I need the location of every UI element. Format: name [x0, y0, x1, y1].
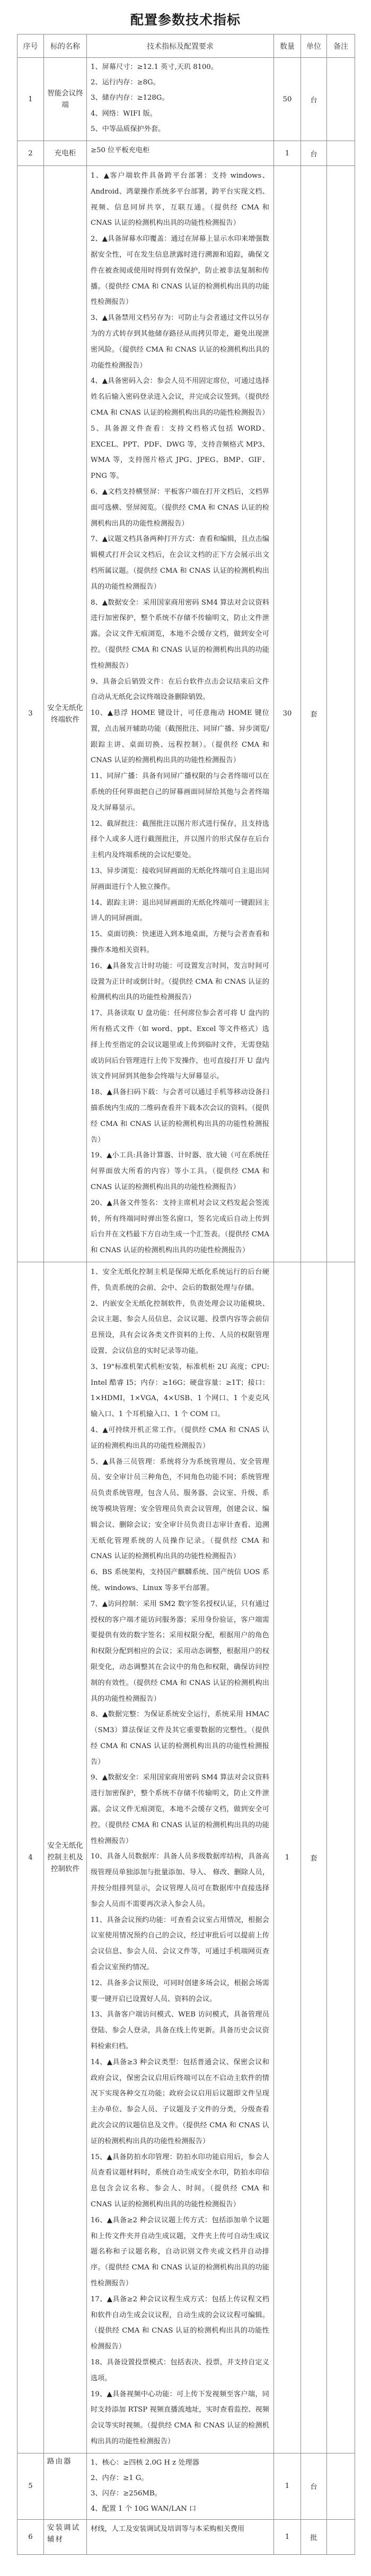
cell-no: 6	[17, 2519, 44, 2554]
cell-no: 1	[17, 58, 44, 141]
spec-item: 3、19"标准机架式机柜安装，标准机柜 2U 高度；CPU: Intel 酷睿 …	[91, 1359, 269, 1422]
spec-item: 13、具备客户端访问模式、WEB 访问模式，具备管理员登陆、参会人登录，具备在线…	[91, 2007, 269, 2054]
spec-item: 10、具备人员数据库：具备人员多级数据库结构，具备高级管理员单独添加与批量添加、…	[91, 1849, 269, 1912]
spec-item: ≥50 位平板充电柜	[91, 143, 269, 158]
spec-item: 4、▲可持续开机正常工作。（提供经 CMA 和 CNAS 认证的检测机构出具的功…	[91, 1422, 269, 1454]
spec-item: 17、具备读取 U 盘功能：任何席位参会者可将 U 盘内的所有格式文件（如 wo…	[91, 1006, 269, 1085]
spec-item: 5、▲具备三员管理：系统将分为系统管理员、安全管理员、安全审计员三种角色，不同角…	[91, 1454, 269, 1565]
cell-name: 安全无纸化终端软件	[44, 166, 87, 1262]
cell-spec: 1、安全无纸化控制主机是保障无纸化系统运行的后台硬件，负责系统的会前、会中、会后…	[87, 1262, 274, 2453]
cell-note	[327, 2519, 355, 2554]
cell-qty: 30	[274, 166, 301, 1262]
table-header-row: 序号 标的名称 技术指标及配置要求 数量 单位 备注	[17, 34, 355, 58]
table-body: 1 智能会议终端 1、屏幕尺寸：≥12.1 英寸,天玑 8100。2、运行内存：…	[17, 58, 355, 2555]
cell-no: 2	[17, 141, 44, 166]
spec-item: 18、具备设置投票模式：包括表决、投票，并支持自定义选项。	[91, 2355, 269, 2387]
cell-qty: 1	[274, 2519, 301, 2554]
spec-table: 序号 标的名称 技术指标及配置要求 数量 单位 备注 1 智能会议终端 1、屏幕…	[17, 34, 355, 2555]
cell-note	[327, 2453, 355, 2519]
cell-no: 3	[17, 166, 44, 1262]
cell-name: 安装调试辅材	[44, 2519, 87, 2554]
spec-item: 2、内存：≥1 G。	[91, 2470, 269, 2486]
spec-item: 19、▲具备视频中心功能：可上传下发视频至客户端，同时支持添加 RTSP 视频直…	[91, 2387, 269, 2450]
spec-item: 2、运行内存：≥8G。	[91, 75, 269, 90]
spec-item: 2、内嵌安全无纸化控制软件，负责处理会议功能模块、会议主题、参会人员信息、会议议…	[91, 1296, 269, 1359]
cell-unit: 批	[301, 2519, 327, 2554]
spec-item: 15、▲具备防拍水印管理：防拍水印功能启用后，参会人员查看议题材料时，系统自动生…	[91, 2150, 269, 2213]
spec-item: 16、▲具备≥2 种会议议题上传方式：包括添加单个议题和上传文件夹并自动生成议题…	[91, 2213, 269, 2292]
cell-spec: 材线，人工及安装调试及培训等与本采购相关费用	[87, 2519, 274, 2554]
spec-item: 1、屏幕尺寸：≥12.1 英寸,天玑 8100。	[91, 59, 269, 75]
cell-spec: 1、屏幕尺寸：≥12.1 英寸,天玑 8100。2、运行内存：≥8G。3、储存内…	[87, 58, 274, 141]
spec-item: 7、▲议题文档具备两种打开方式：查看和编辑，且点击编辑模式打开会议文档后，在会议…	[91, 531, 269, 595]
spec-item: 2、▲具备屏幕水印覆盖：通过在屏幕上显示水印来增强数据安全性，可在发生信息泄露时…	[91, 231, 269, 310]
spec-item: 13、异步浏览：接收同屏画面的无纸化终端可自主退出同屏画面进行个人独立操作。	[91, 863, 269, 895]
spec-item: 6、BS 系统架构，支持国产麒麟系统、国产统信 UOS 系统、windows、L…	[91, 1565, 269, 1596]
spec-item: 12、截屏批注：截图批注以图片形式进行保存，且支持选择个人或多人进行截图批注，并…	[91, 816, 269, 863]
cell-spec: 1、核心：≥四核 2.0G H z 处理器2、内存：≥1 G。3、闪存：≥256…	[87, 2453, 274, 2519]
spec-item: 12、具备多会议预设，可同时创建多场会议，根据会场需要一键开启已设置好人员、资料…	[91, 1976, 269, 2007]
cell-qty: 1	[274, 1262, 301, 2453]
header-name: 标的名称	[44, 34, 87, 58]
header-spec: 技术指标及配置要求	[87, 34, 274, 58]
cell-name: 安全无纸化控制主机及控制软件	[44, 1262, 87, 2453]
spec-item: 5、具备源文件查看：支持文档格式包括 WORD、EXCEL、PPT、PDF、DW…	[91, 421, 269, 484]
spec-item: 11、具备会议预约功能：可查看会议室占用情况，根据会议室使用情况预约自己的会议，…	[91, 1913, 269, 1976]
spec-item: 14、跟踪主讲：退出同屏画面的无纸化终端可一键跟回主讲人的同屏画面。	[91, 895, 269, 927]
cell-name: 路由器	[44, 2453, 87, 2519]
spec-item: 10、▲悬浮 HOME 键设计，可任意拖动 HOME 键位置，点击展开辅助功能（…	[91, 705, 269, 769]
spec-item: 5、中等品质保护外套。	[91, 121, 269, 137]
table-row: 1 智能会议终端 1、屏幕尺寸：≥12.1 英寸,天玑 8100。2、运行内存：…	[17, 58, 355, 141]
table-row: 5 路由器 1、核心：≥四核 2.0G H z 处理器2、内存：≥1 G。3、闪…	[17, 2453, 355, 2519]
spec-item: 1、核心：≥四核 2.0G H z 处理器	[91, 2455, 269, 2470]
cell-note	[327, 166, 355, 1262]
cell-spec: ≥50 位平板充电柜	[87, 141, 274, 166]
cell-name: 充电柜	[44, 141, 87, 166]
spec-item: 6、▲文档支持横竖屏：平板客户端在打开文档后，文档界面可选横、竖屏阅览。（提供经…	[91, 484, 269, 531]
cell-name: 智能会议终端	[44, 58, 87, 141]
spec-item: 20、▲具备文件签名：支持主席机对会议文档发起会签流转，所有终端同时弹出签名窗口…	[91, 1195, 269, 1259]
spec-item: 3、储存内存：≥128G。	[91, 90, 269, 106]
cell-qty: 50	[274, 58, 301, 141]
spec-item: 4、配置 1 个 10G WAN/LAN 口	[91, 2501, 269, 2517]
cell-qty: 1	[274, 141, 301, 166]
header-qty: 数量	[274, 34, 301, 58]
spec-item: 7、▲访问控制：采用 SM2 数字签名授权认证，只有通过授权的客户端才能访问服务…	[91, 1596, 269, 1707]
spec-item: 8、▲数据完整：为保证系统安全运行，系统采用 HMAC（SM3）算法保证文件及其…	[91, 1707, 269, 1770]
spec-item: 1、▲客户端软件具备跨平台部署：支持 windows、Android、鸿蒙操作系…	[91, 168, 269, 231]
cell-unit: 台	[301, 141, 327, 166]
cell-unit: 套	[301, 166, 327, 1262]
spec-item: 16、▲具备发言计时功能：可设置发言时间，发言时间可设置为正计时或倒计时。（提供…	[91, 958, 269, 1006]
cell-note	[327, 1262, 355, 2453]
cell-no: 5	[17, 2453, 44, 2519]
spec-item: 17、▲具备≥2 种会议议程生成方式：包括上传议程文档和软件自动生成会议议程，自…	[91, 2292, 269, 2355]
spec-item: 3、闪存：≥256MB。	[91, 2486, 269, 2501]
document-title: 配置参数技术指标	[0, 10, 371, 29]
cell-spec: 1、▲客户端软件具备跨平台部署：支持 windows、Android、鸿蒙操作系…	[87, 166, 274, 1262]
spec-item: 9、具备会后销毁文件：在后台软件点击会议结束后文件自动从无纸化会议终端设备删除销…	[91, 674, 269, 706]
table-row: 4 安全无纸化控制主机及控制软件 1、安全无纸化控制主机是保障无纸化系统运行的后…	[17, 1262, 355, 2453]
header-unit: 单位	[301, 34, 327, 58]
table-row: 2 充电柜 ≥50 位平板充电柜 1 台	[17, 141, 355, 166]
cell-qty: 1	[274, 2453, 301, 2519]
header-no: 序号	[17, 34, 44, 58]
spec-item: 3、▲具备禁用文档另存为：可防止与会者通过文件以另存为的方式转存到其他储存路径从…	[91, 310, 269, 373]
cell-note	[327, 58, 355, 141]
document-page: 配置参数技术指标 序号 标的名称 技术指标及配置要求 数量 单位 备注 1 智能…	[0, 0, 371, 2576]
spec-item: 19、▲小工具:具备计算器、计时器、放大镜（可在系统任何界面放大所看的内容）等小…	[91, 1148, 269, 1195]
cell-note	[327, 141, 355, 166]
table-row: 6 安装调试辅材 材线，人工及安装调试及培训等与本采购相关费用 1 批	[17, 2519, 355, 2554]
spec-item: 4、网络：WIFI 版。	[91, 106, 269, 121]
spec-item: 4、▲具备密码入会：参会人员不用固定席位，可通过选择姓名后输入密码登录进入会议，…	[91, 373, 269, 421]
spec-item: 1、安全无纸化控制主机是保障无纸化系统运行的后台硬件，负责系统的会前、会中、会后…	[91, 1264, 269, 1296]
spec-item: 18、▲具备扫码下载：与会者可以通过手机等移动设备扫描系统内生成的二维码查看并下…	[91, 1085, 269, 1148]
cell-unit: 套	[301, 1262, 327, 2453]
table-row: 3 安全无纸化终端软件 1、▲客户端软件具备跨平台部署：支持 windows、A…	[17, 166, 355, 1262]
cell-unit: 台	[301, 2453, 327, 2519]
spec-item: 9、▲数据安全：采用国家商用密码 SM4 算法对会议资料进行加密保护，整个系统不…	[91, 1770, 269, 1849]
spec-item: 11、同屏广播：具备有同屏广播权限的与会者终端可以在系统的任何界面把自己的屏幕画…	[91, 769, 269, 816]
header-note: 备注	[327, 34, 355, 58]
spec-item: 材线，人工及安装调试及培训等与本采购相关费用	[91, 2521, 269, 2537]
spec-item: 8、▲数据安全：采用国家商用密码 SM4 算法对会议资料进行加密保护，整个系统不…	[91, 595, 269, 674]
cell-unit: 台	[301, 58, 327, 141]
spec-item: 14、▲具备≥3 种会议类型：包括普通会议、保密会议和政府会议，保密会议启用后终…	[91, 2055, 269, 2150]
cell-no: 4	[17, 1262, 44, 2453]
spec-item: 15、桌面切换：快速进入到本地桌面，方便与会者查看和操作本地相关资料。	[91, 927, 269, 958]
